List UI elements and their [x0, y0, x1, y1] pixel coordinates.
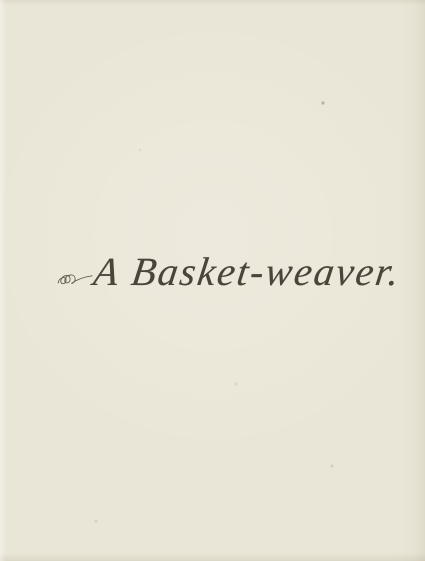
flourish-ornament [57, 263, 93, 291]
paper-page: A Basket-weaver. [0, 0, 425, 561]
caption-text: A Basket-weaver. [90, 244, 405, 300]
caption: A Basket-weaver. [57, 244, 397, 300]
